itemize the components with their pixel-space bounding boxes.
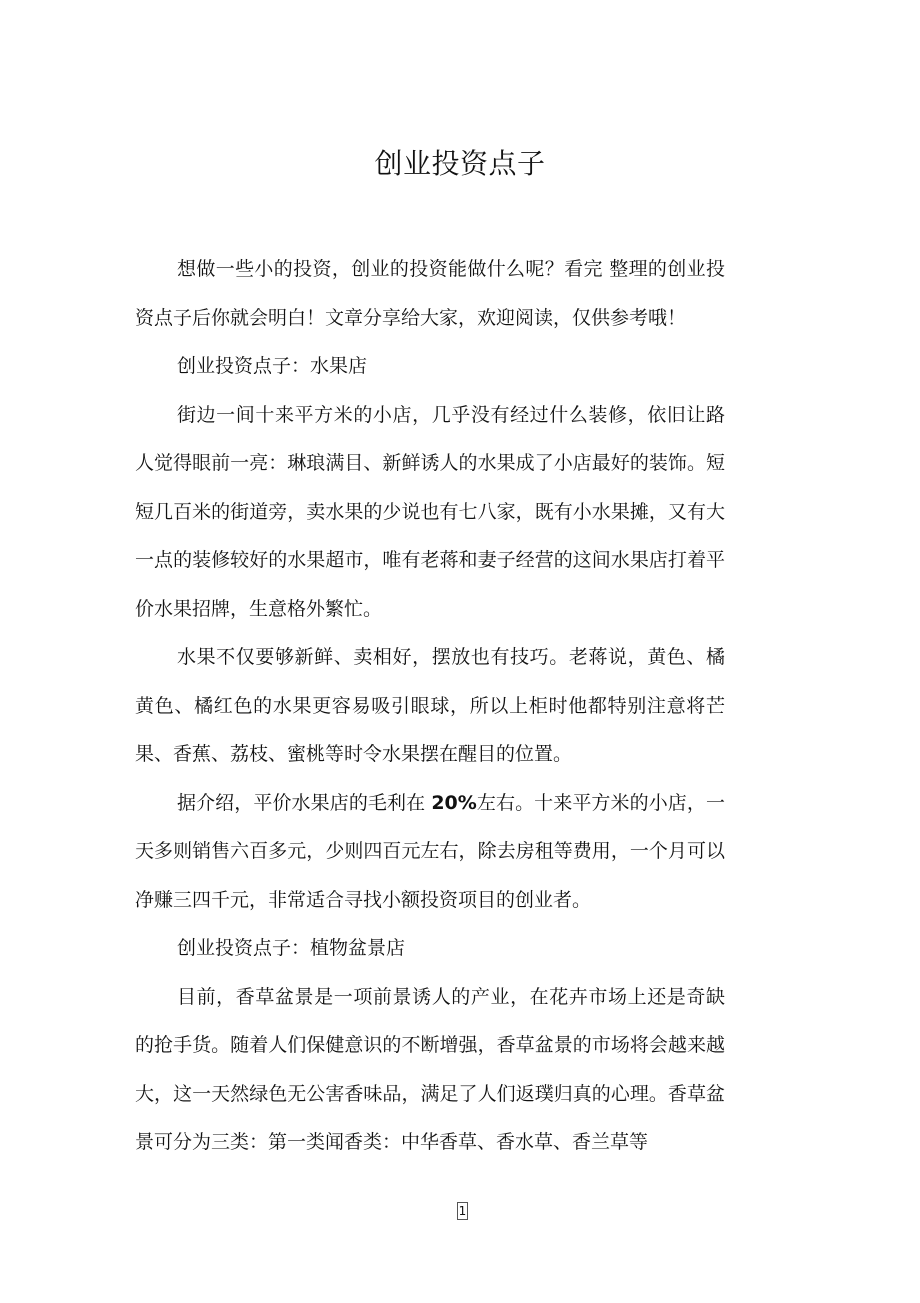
- section-heading-plant-shop: 创业投资点子：植物盆景店: [135, 924, 725, 973]
- document-title: 创业投资点子: [0, 142, 920, 182]
- fruit-shop-paragraph-3: 据介绍，平价水果店的毛利在 20%左右。十来平方米的小店，一天多则销售六百多元，…: [135, 779, 725, 925]
- plant-shop-paragraph-1: 目前，香草盆景是一项前景诱人的产业，在花卉市场上还是奇缺的抢手货。随着人们保健意…: [135, 973, 725, 1167]
- intro-paragraph: 想做一些小的投资，创业的投资能做什么呢？看完 整理的创业投资点子后你就会明白！文…: [135, 245, 725, 342]
- section-heading-fruit-shop: 创业投资点子：水果店: [135, 342, 725, 391]
- page-number: 1: [457, 1202, 468, 1220]
- document-body: 想做一些小的投资，创业的投资能做什么呢？看完 整理的创业投资点子后你就会明白！文…: [135, 245, 725, 1167]
- text-segment: 据介绍，平价水果店的毛利在: [177, 792, 431, 814]
- profit-margin-value: 20%: [431, 792, 476, 814]
- fruit-shop-paragraph-2: 水果不仅要够新鲜、卖相好，摆放也有技巧。老蒋说，黄色、橘黄色、橘红色的水果更容易…: [135, 633, 725, 779]
- fruit-shop-paragraph-1: 街边一间十来平方米的小店，几乎没有经过什么装修，依旧让路人觉得眼前一亮：琳琅满目…: [135, 391, 725, 634]
